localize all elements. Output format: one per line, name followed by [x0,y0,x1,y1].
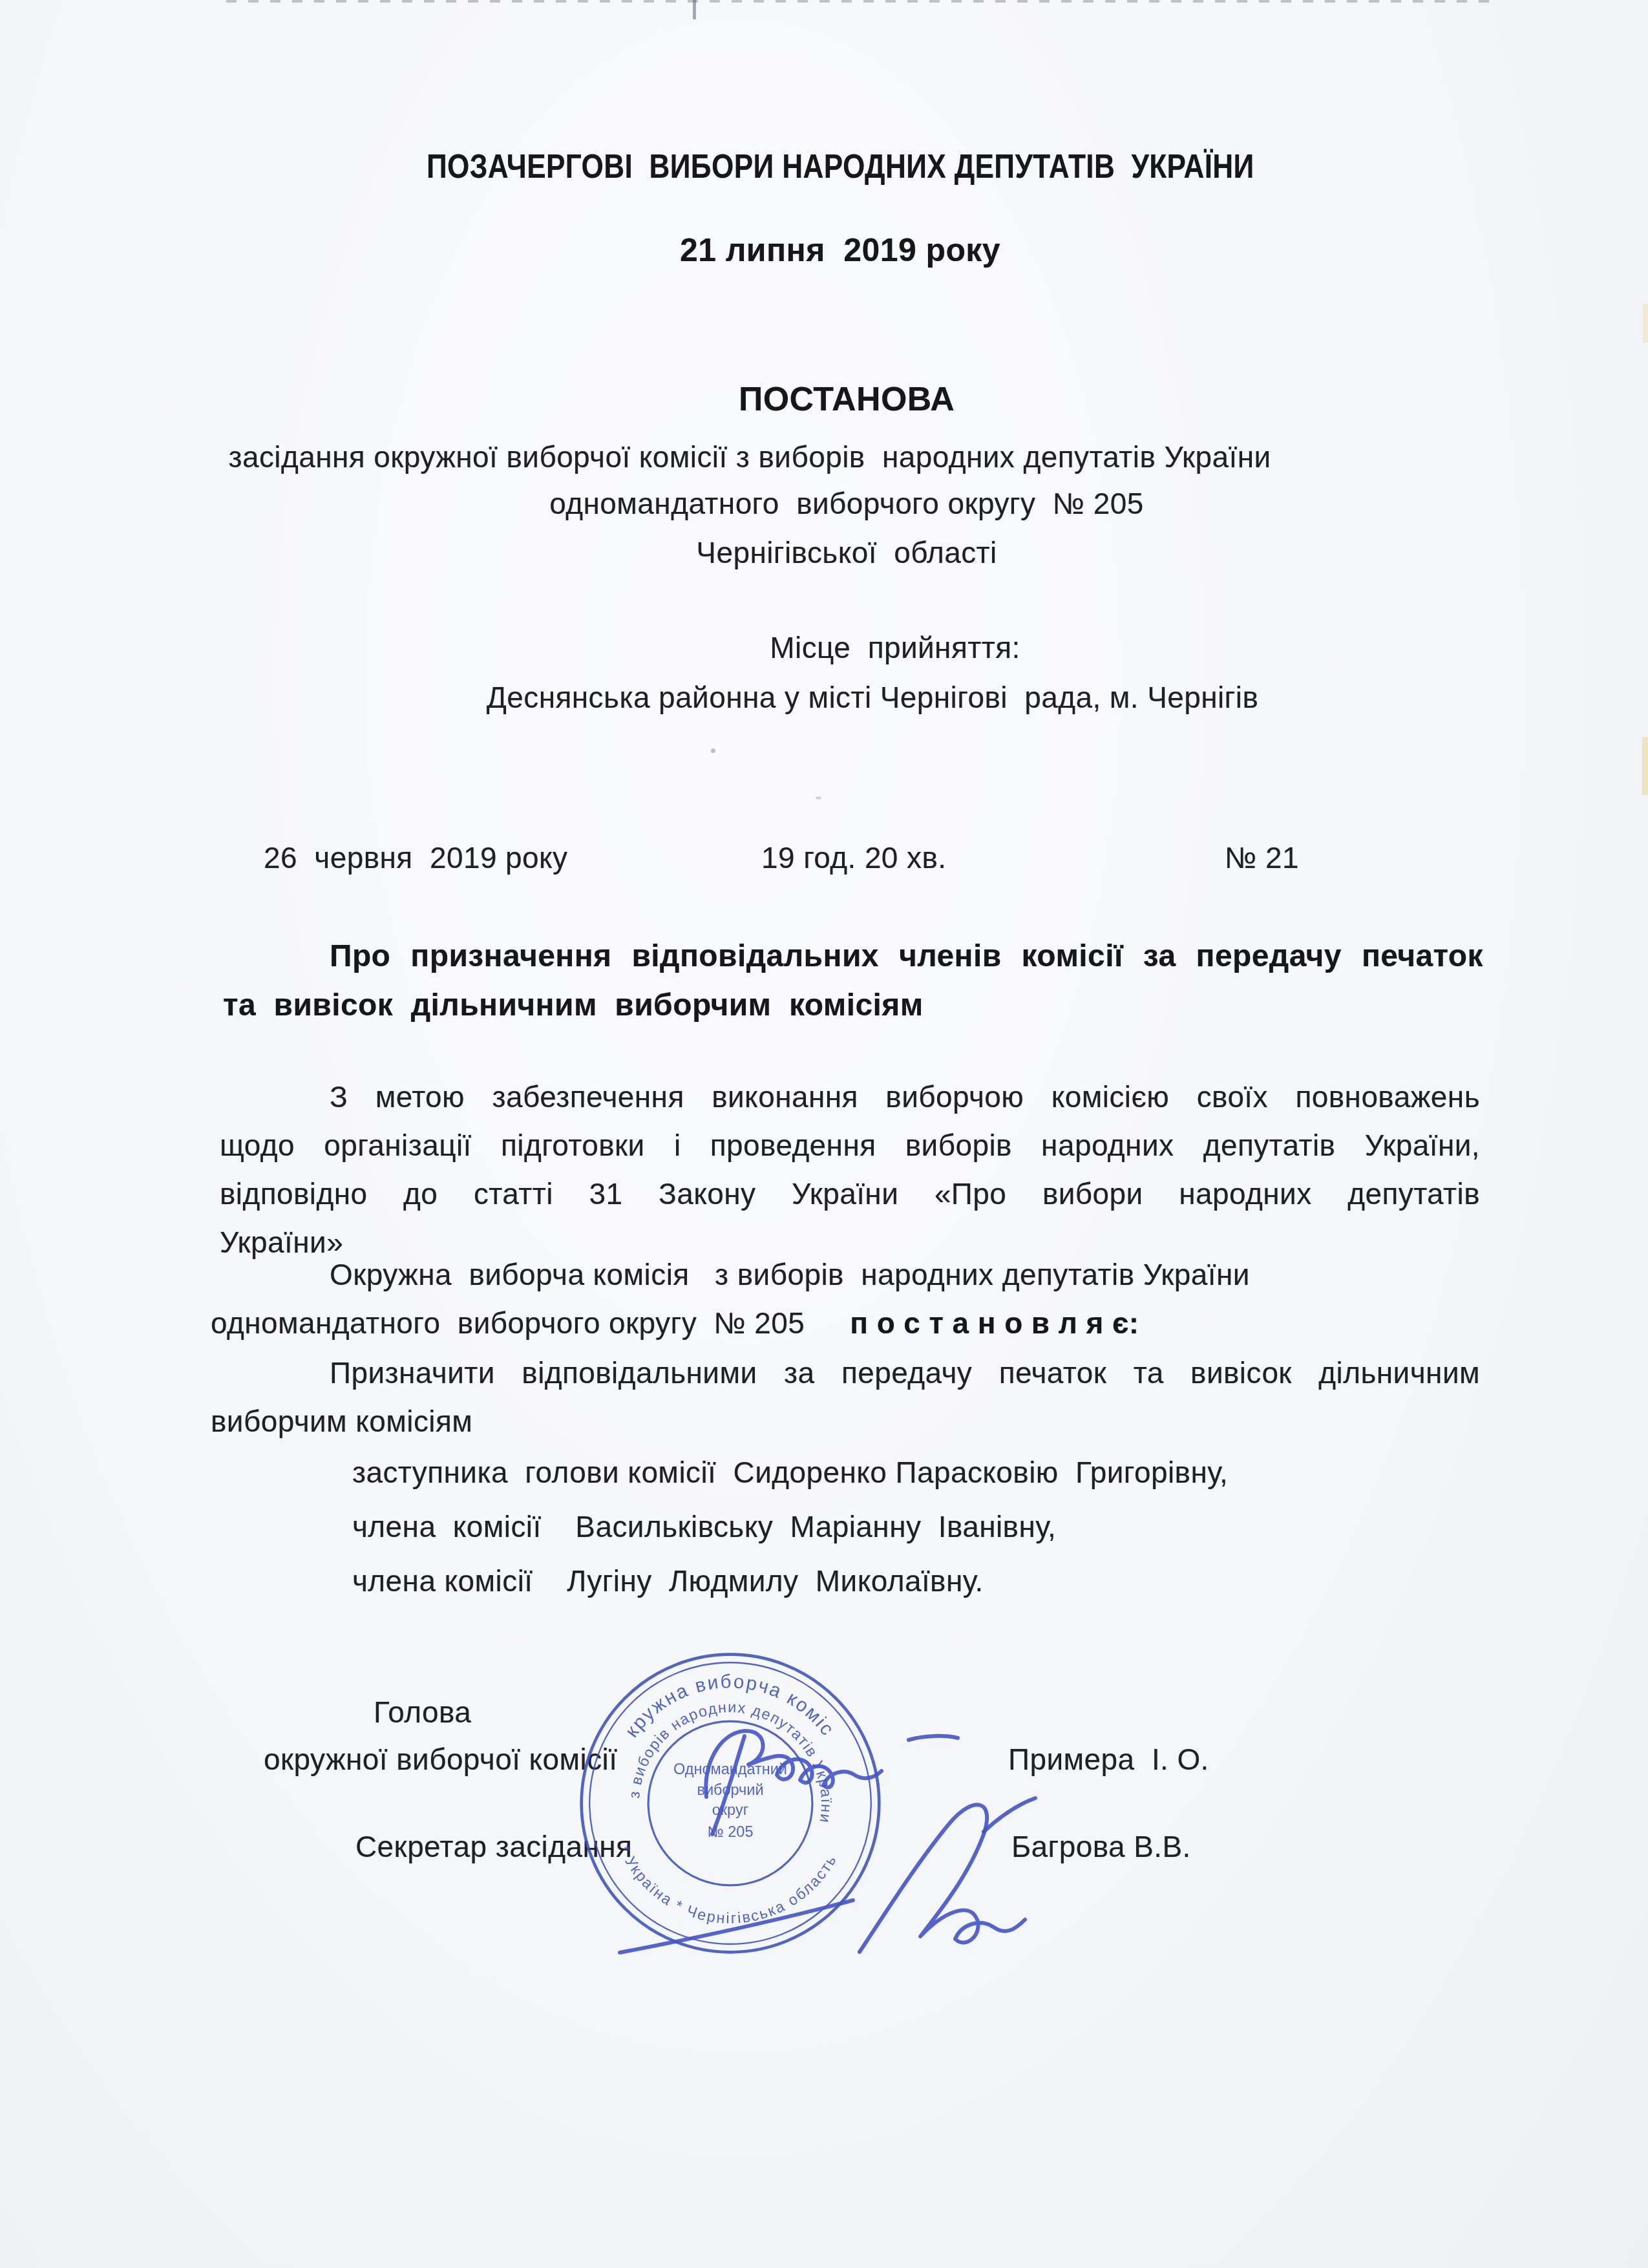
head-role-line-1: Голова [374,1695,471,1730]
election-date: 21 липня 2019 року [65,231,1616,269]
paragraph-3-line-2: виборчим комісіям [211,1404,472,1439]
appointee-deputy-head: заступника голови комісії Сидоренко Пара… [352,1455,1228,1490]
paragraph-2-line-2: одномандатного виборчого округу № 205п о… [211,1306,1139,1341]
scan-artifact-right-edge [1642,737,1648,795]
scan-artifact-speck-2 [816,796,821,800]
meeting-number: № 21 [1225,840,1299,875]
place-value: Деснянська районна у місті Чернігові рад… [145,680,1600,715]
resolution-subtitle-3: Чернігівської області [145,535,1548,570]
resolution-subtitle-1: засідання окружної виборчої комісії з ви… [78,440,1422,474]
place-label: Місце прийняття: [213,630,1577,665]
paragraph-2-line-2-text: одномандатного виборчого округу № 205 [211,1306,805,1340]
paragraph-2-line-1: Окружна виборча комісія з виборів народн… [330,1257,1250,1292]
paragraph-1-line-4: України» [220,1225,343,1260]
paragraph-1-line-2: щодо організації підготовки і проведення… [220,1128,1480,1163]
secretary-signature-tail [620,1900,853,1953]
head-signature-dash [909,1736,958,1740]
handwritten-signatures [549,1629,1389,2120]
resolution-title: ПОСТАНОВА [145,380,1548,419]
scan-artifact-right-edge-2 [1643,304,1648,343]
document-title-text: ПОЗАЧЕРГОВІ ВИБОРИ НАРОДНИХ ДЕПУТАТІВ УК… [427,147,1254,186]
resolution-subtitle-2: одномандатного виборчого округу № 205 [145,486,1548,521]
head-signature-stroke [706,1731,882,1797]
appointee-member-1: члена комісії Васильківську Маріанну Іва… [352,1509,1056,1544]
appointee-member-2: члена комісії Лугіну Людмилу Миколаївну. [352,1563,984,1598]
scan-artifact-speck [711,748,715,753]
paragraph-3-line-1: Призначити відповідальними за передачу п… [220,1355,1480,1390]
scan-artifact-tick [693,0,696,19]
resolves-keyword: п о с т а н о в л я є: [850,1306,1139,1340]
subject-line-1: Про призначення відповідальних членів ко… [223,938,1483,974]
meeting-time: 19 год. 20 хв. [761,840,946,875]
secretary-signature-stroke [860,1805,1025,1952]
paragraph-1-line-3: відповідно до статті 31 Закону України «… [220,1176,1480,1211]
meeting-date: 26 червня 2019 року [264,840,568,875]
paragraph-1-line-1: З метою забезпечення виконання виборчою … [220,1079,1480,1114]
subject-line-2: та вивісок дільничним виборчим комісіям [223,988,924,1023]
scanned-document-page: ПОЗАЧЕРГОВІ ВИБОРИ НАРОДНИХ ДЕПУТАТІВ УК… [0,0,1648,2268]
scan-artifact-top-edge [226,0,1493,3]
secretary-signature-flick [984,1798,1035,1832]
document-title: ПОЗАЧЕРГОВІ ВИБОРИ НАРОДНИХ ДЕПУТАТІВ УК… [65,147,1616,186]
